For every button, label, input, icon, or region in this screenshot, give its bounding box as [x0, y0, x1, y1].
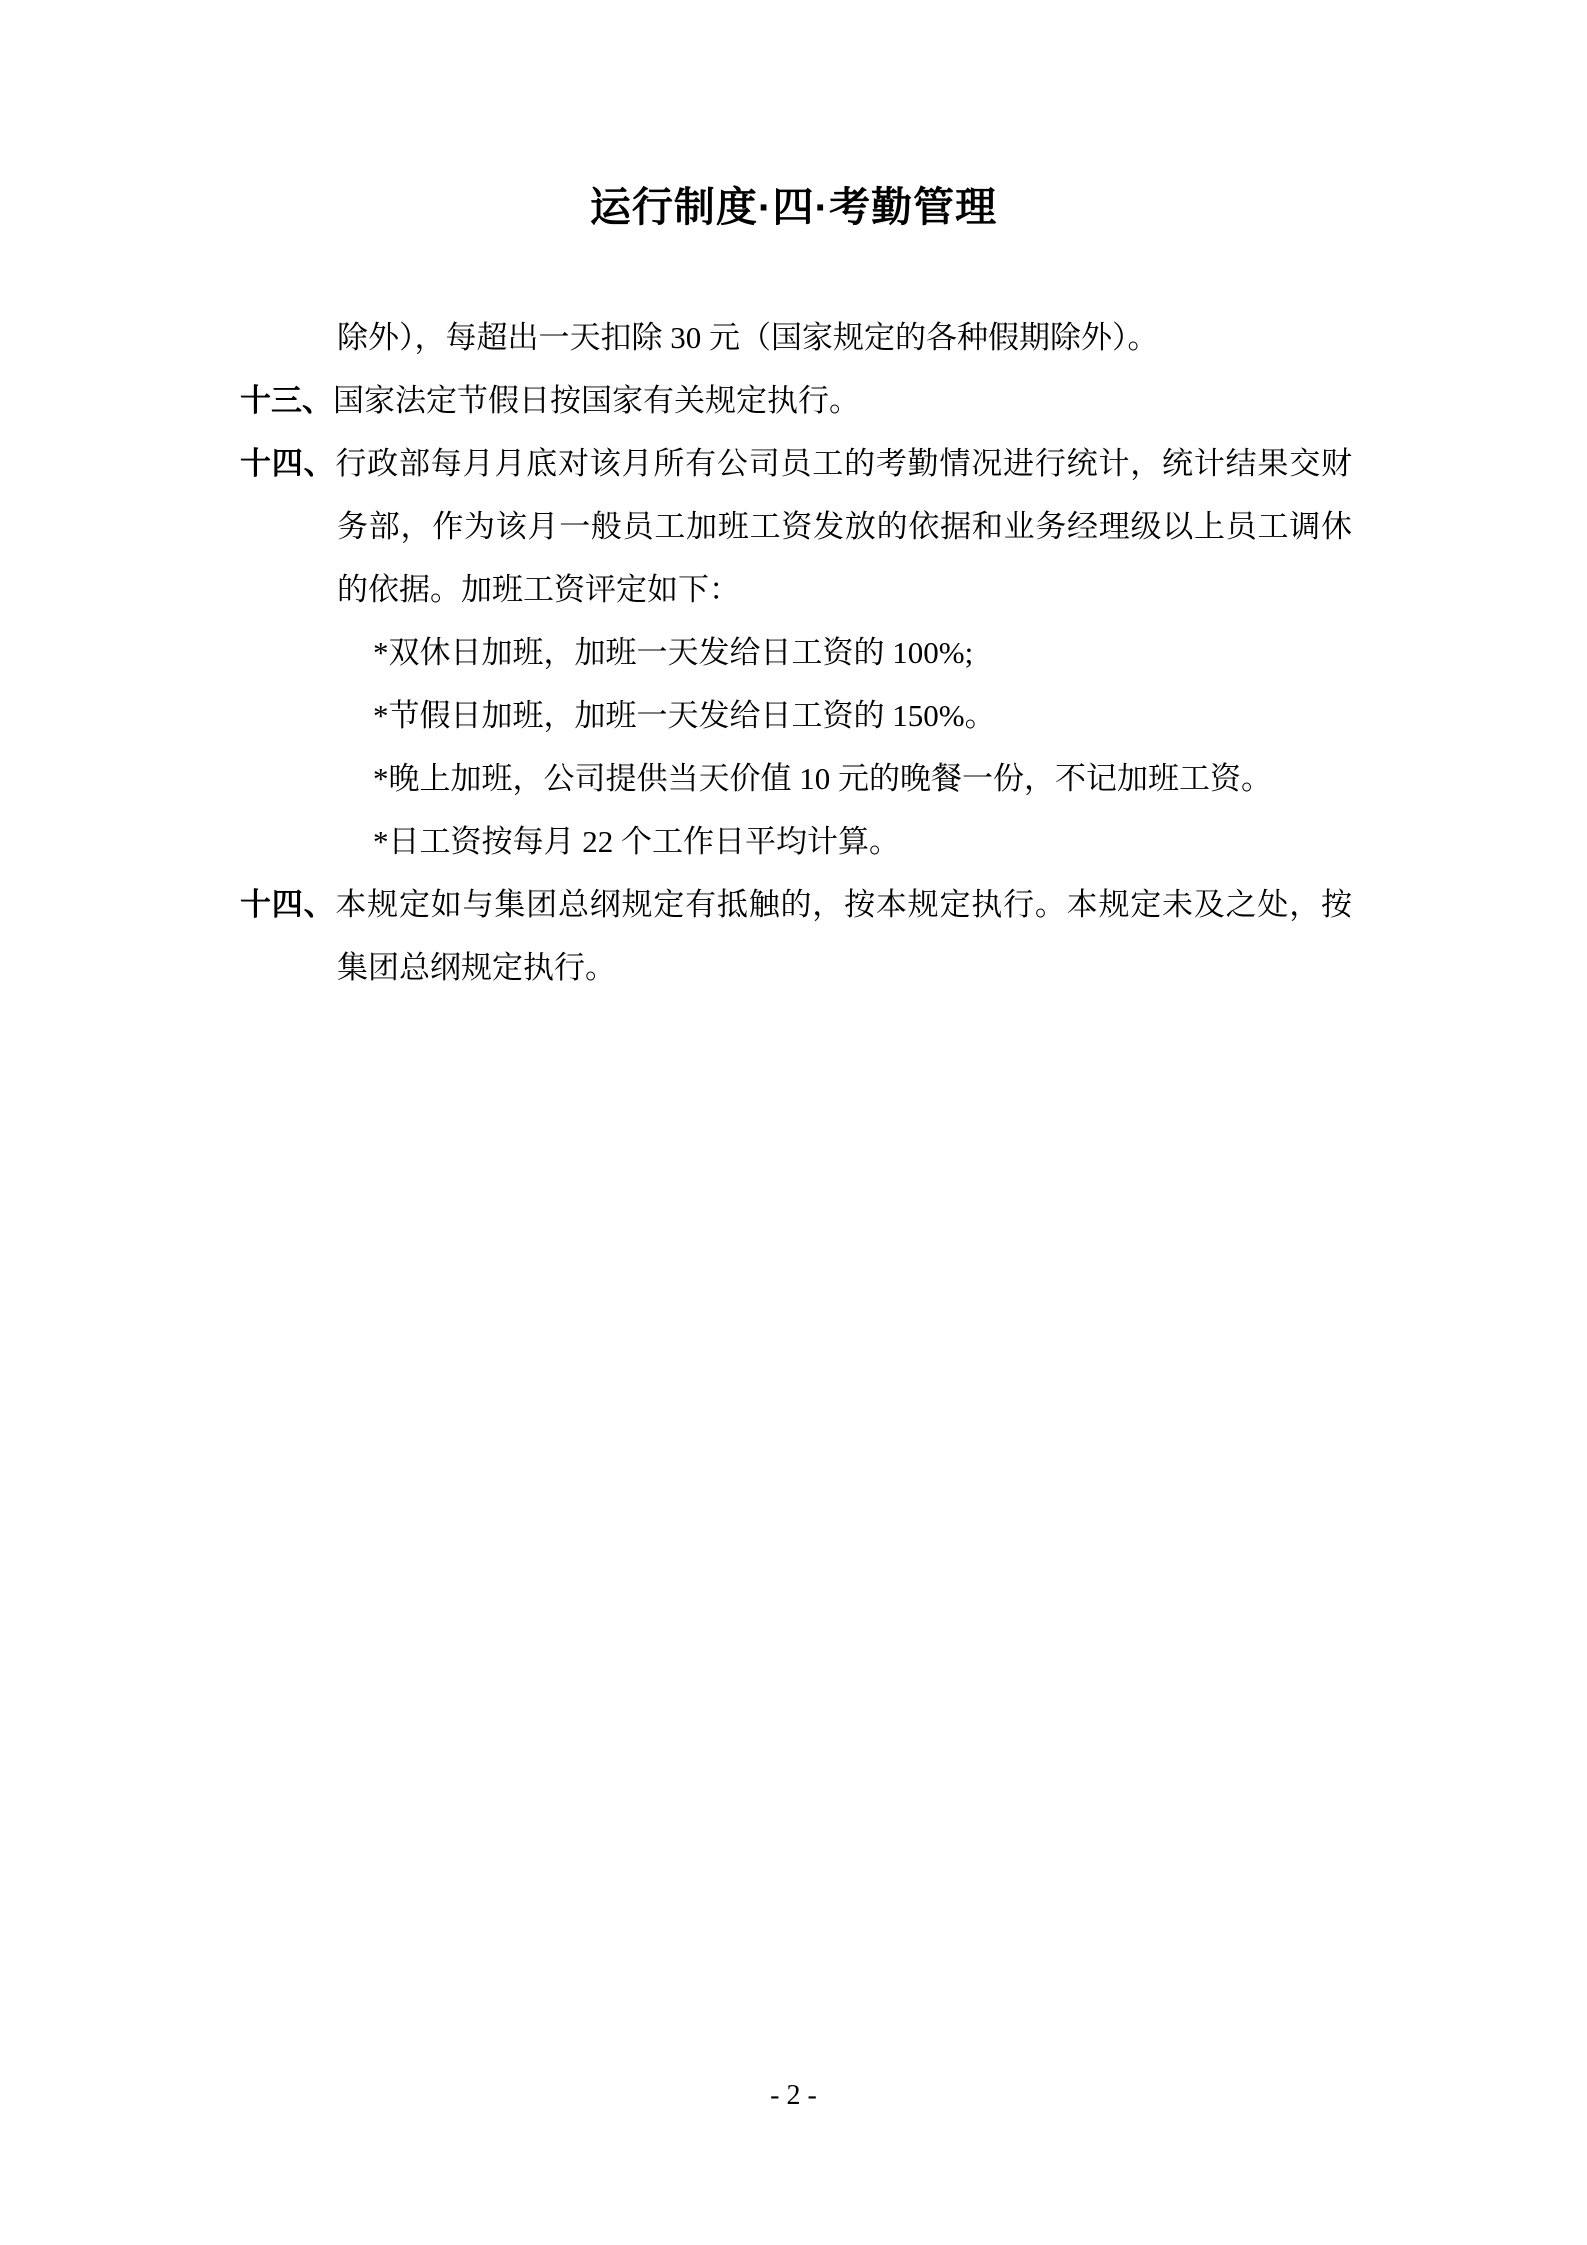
list-item-line: *双休日加班，加班一天发给日工资的 100%; [240, 621, 1352, 684]
line-text: 除外），每超出一天扣除 30 元（国家规定的各种假期除外）。 [337, 320, 1159, 355]
line-text: 的依据。加班工资评定如下： [337, 572, 740, 607]
line-text: *日工资按每月 22 个工作日平均计算。 [373, 824, 900, 859]
line-text: *节假日加班，加班一天发给日工资的 150%。 [373, 698, 996, 733]
list-item-line: *晚上加班，公司提供当天价值 10 元的晚餐一份，不记加班工资。 [240, 747, 1352, 810]
paragraph-line: 除外），每超出一天扣除 30 元（国家规定的各种假期除外）。 [240, 306, 1352, 369]
page-number: - 2 - [770, 2080, 817, 2111]
paragraph-line: 十三、国家法定节假日按国家有关规定执行。 [240, 369, 1352, 432]
list-item-line: *节假日加班，加班一天发给日工资的 150%。 [240, 684, 1352, 747]
line-text: 集团总纲规定执行。 [337, 950, 616, 985]
list-label: 十四、 [240, 446, 335, 481]
page-footer: - 2 - [0, 2078, 1587, 2114]
list-label: 十四、 [240, 887, 335, 922]
paragraph-line: 的依据。加班工资评定如下： [240, 558, 1352, 621]
document-page: 运行制度·四·考勤管理 除外），每超出一天扣除 30 元（国家规定的各种假期除外… [0, 0, 1587, 2245]
list-item-line: *日工资按每月 22 个工作日平均计算。 [240, 810, 1352, 873]
line-text: *双休日加班，加班一天发给日工资的 100%; [373, 635, 973, 670]
paragraph-line: 集团总纲规定执行。 [240, 936, 1352, 999]
page-title: 运行制度·四·考勤管理 [0, 183, 1587, 231]
line-text: 本规定如与集团总纲规定有抵触的，按本规定执行。本规定未及之处，按 [335, 887, 1352, 922]
line-text: 务部，作为该月一般员工加班工资发放的依据和业务经理级以上员工调休 [337, 509, 1352, 544]
paragraph-line: 十四、行政部每月月底对该月所有公司员工的考勤情况进行统计，统计结果交财 [240, 432, 1352, 495]
line-text: *晚上加班，公司提供当天价值 10 元的晚餐一份，不记加班工资。 [373, 761, 1272, 796]
paragraph-line: 务部，作为该月一般员工加班工资发放的依据和业务经理级以上员工调休 [240, 495, 1352, 558]
paragraph-line: 十四、本规定如与集团总纲规定有抵触的，按本规定执行。本规定未及之处，按 [240, 873, 1352, 936]
line-text: 行政部每月月底对该月所有公司员工的考勤情况进行统计，统计结果交财 [335, 446, 1352, 481]
line-text: 国家法定节假日按国家有关规定执行。 [333, 383, 860, 418]
list-label: 十三、 [240, 383, 333, 418]
document-body: 除外），每超出一天扣除 30 元（国家规定的各种假期除外）。 十三、国家法定节假… [240, 306, 1352, 999]
